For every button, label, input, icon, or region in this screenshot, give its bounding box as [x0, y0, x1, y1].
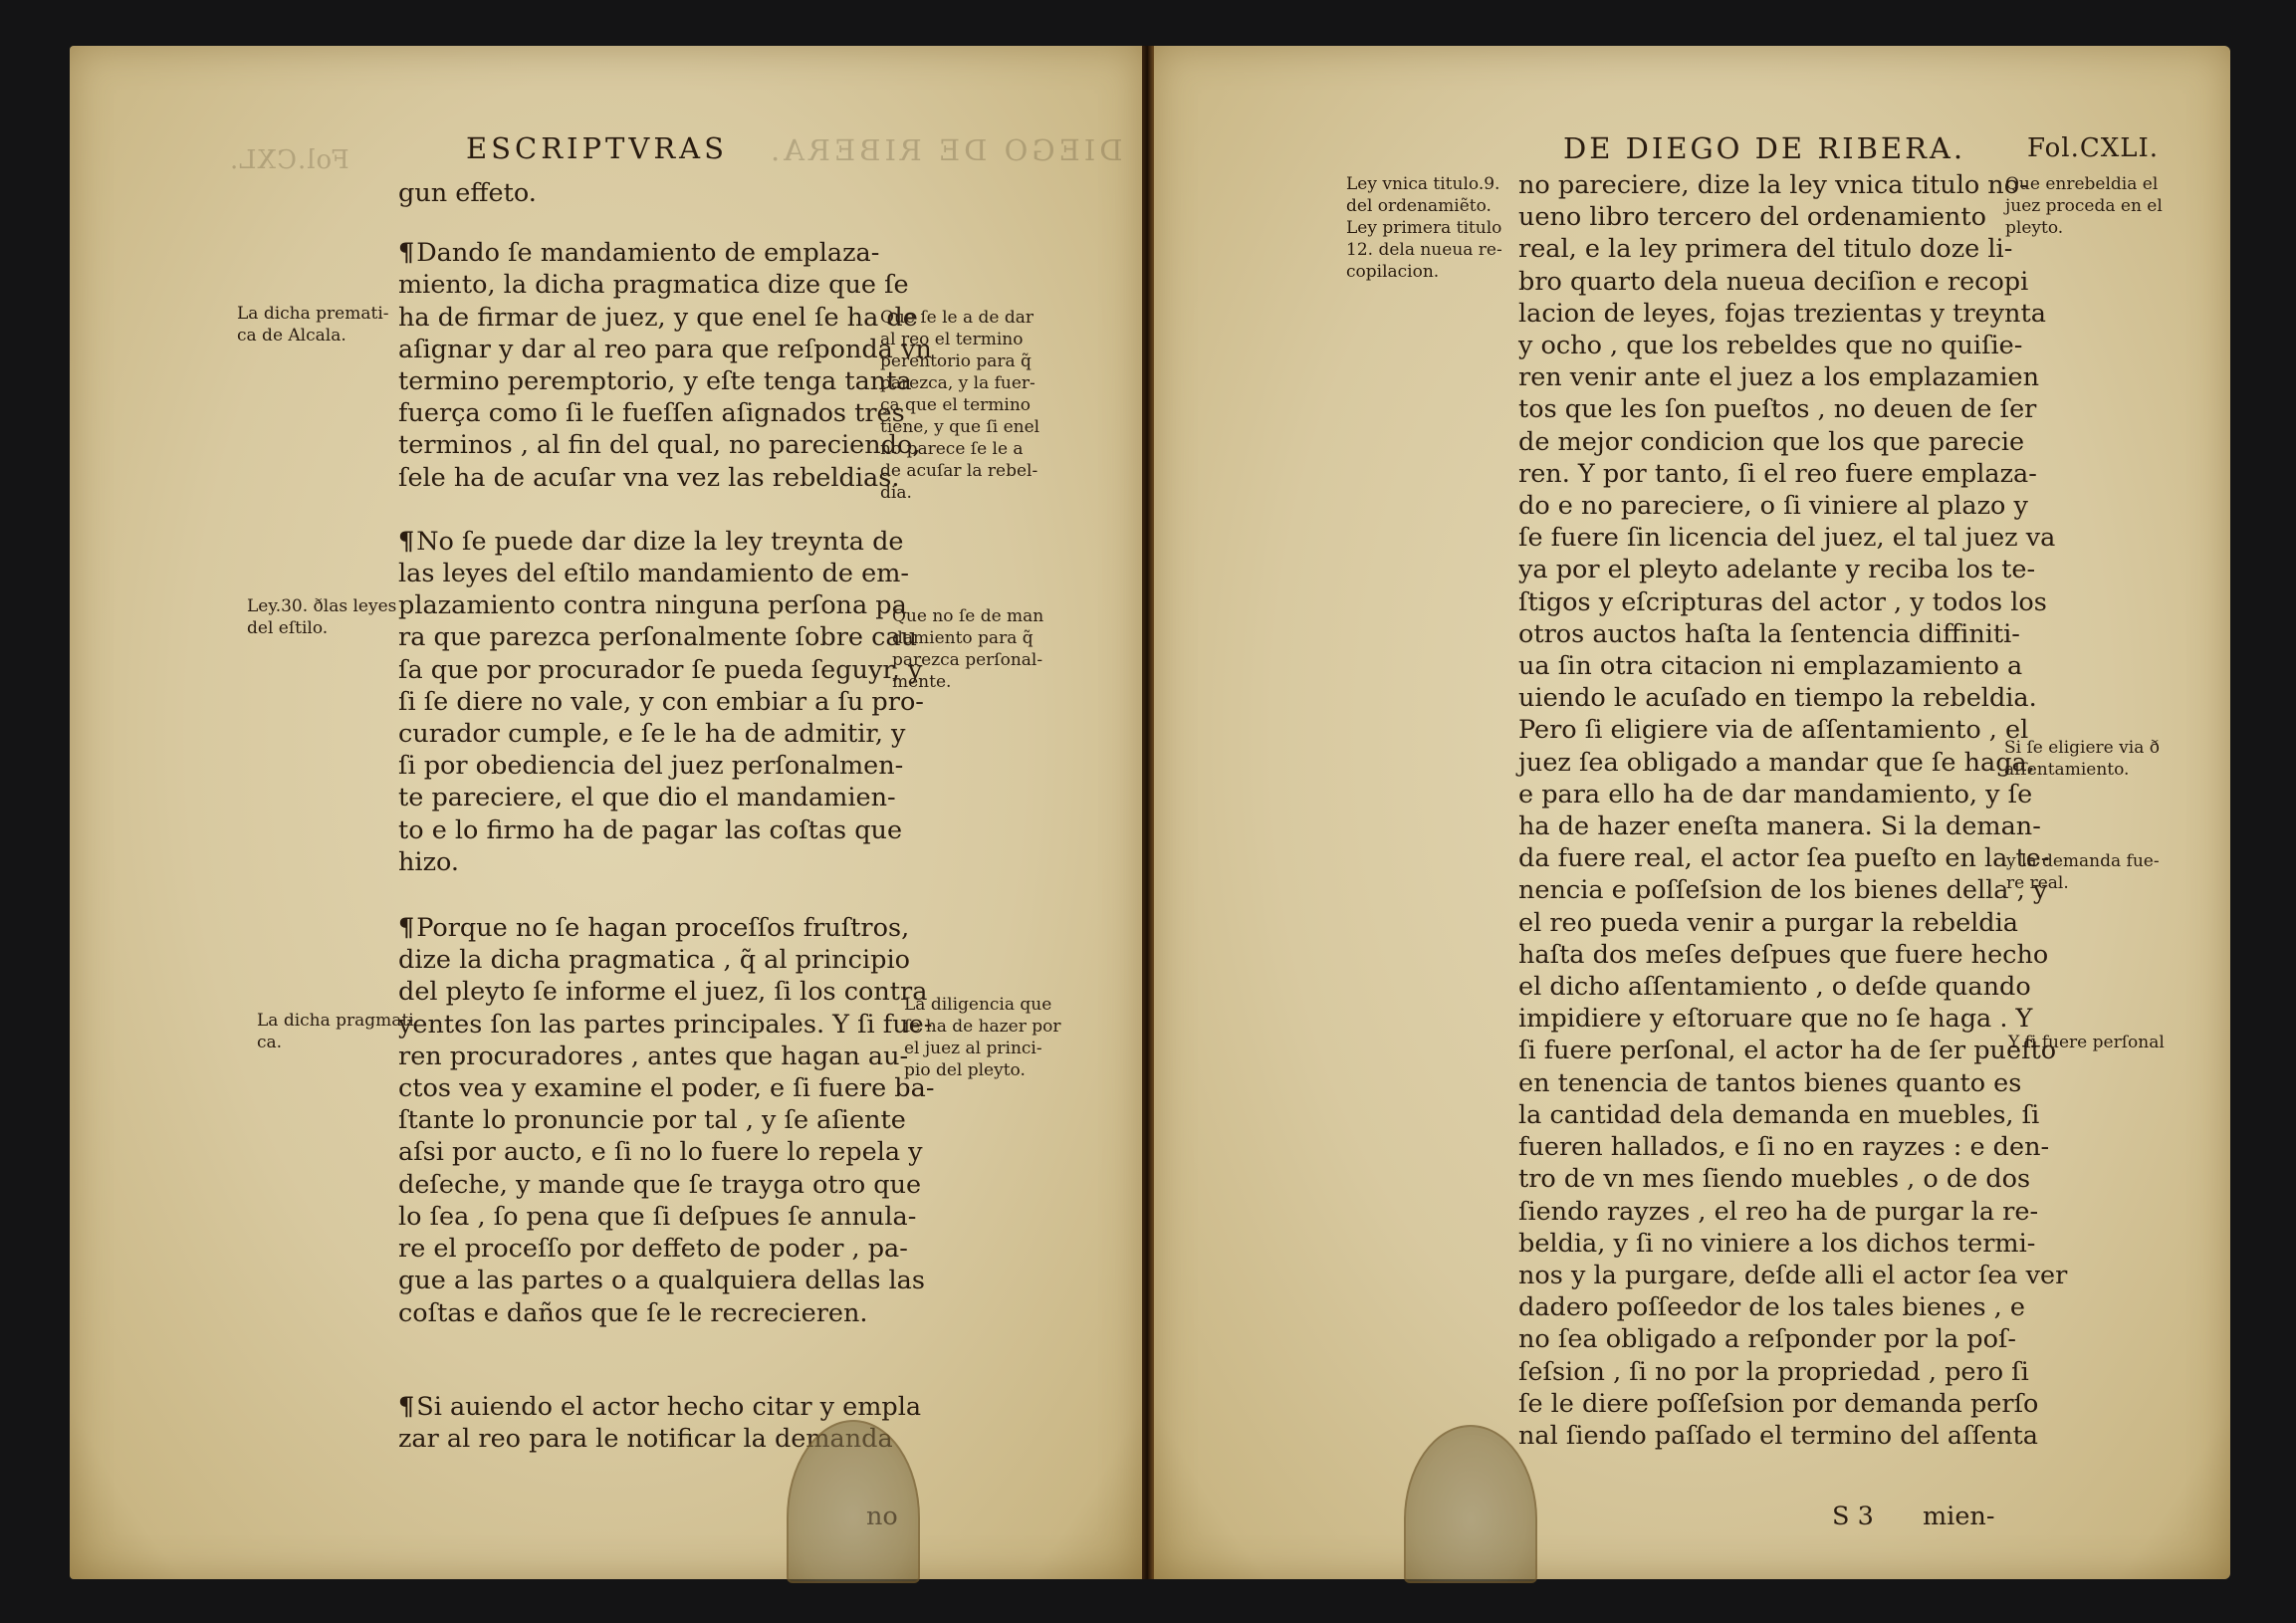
- show-through-folio: Fol.CXL.: [229, 145, 349, 175]
- margin-note: Que no ſe de man damiento para q̃ parezc…: [892, 605, 1043, 693]
- margin-note: Que enrebeldia el juez proceda en el ple…: [2005, 173, 2163, 239]
- pilcrow-icon: ¶: [398, 1392, 414, 1422]
- running-head: DE DIEGO DE RIBERA.: [1563, 131, 1965, 165]
- pilcrow-icon: ¶: [398, 913, 414, 943]
- running-head: ESCRIPTVRAS: [466, 131, 728, 165]
- margin-note: y la demanda fue- re real.: [2006, 850, 2160, 894]
- margin-note: La diligencia que ſe ha de hazer por el …: [904, 994, 1060, 1081]
- margin-note: La dicha pragmati ca.: [257, 1010, 414, 1053]
- paragraph: ¶Porque no ſe hagan proceſſos fruſtros, …: [398, 912, 871, 1329]
- show-through-head: DE DIEGO DE RIBERA.: [767, 133, 1188, 167]
- paragraph: gun effeto.: [398, 177, 871, 209]
- margin-note: La dicha premati- ca de Alcala.: [237, 303, 389, 347]
- pilcrow-icon: ¶: [398, 527, 414, 557]
- book-gutter: [1142, 46, 1154, 1579]
- left-page: Fol.CXL. DE DIEGO DE RIBERA. ESCRIPTVRAS…: [70, 46, 1142, 1579]
- water-stain: [1404, 1425, 1537, 1583]
- margin-note: Y ſi fuere perſonal: [2008, 1032, 2165, 1053]
- margin-note: Si ſe eligiere via ð aſſentamiento.: [2004, 737, 2160, 781]
- paragraph: no pareciere, dize la ley vnica titulo n…: [1518, 169, 1988, 1452]
- margin-note: Que ſe le a de dar al reo el termino per…: [880, 307, 1039, 504]
- right-page: DE DIEGO DE RIBERA. Fol.CXLI. no parecie…: [1154, 46, 2230, 1579]
- paragraph: ¶Si auiendo el actor hecho citar y empla…: [398, 1391, 871, 1455]
- main-text-column: no pareciere, dize la ley vnica titulo n…: [1518, 169, 1988, 1480]
- signature-mark: S 3: [1832, 1502, 1874, 1531]
- margin-note: Ley vnica titulo.9. del ordenamiẽto. Ley…: [1346, 173, 1502, 283]
- pilcrow-icon: ¶: [398, 238, 414, 268]
- paragraph: ¶No ſe puede dar dize la ley treynta de …: [398, 526, 871, 878]
- catchword: mien-: [1923, 1502, 1994, 1531]
- margin-note: Ley.30. ðlas leyes del eſtilo.: [247, 595, 396, 639]
- main-text-column: gun effeto. ¶Dando ſe mandamiento de emp…: [398, 177, 871, 1483]
- book-spread: Fol.CXL. DE DIEGO DE RIBERA. ESCRIPTVRAS…: [70, 46, 2230, 1579]
- folio-number: Fol.CXLI.: [2027, 133, 2159, 163]
- paragraph: ¶Dando ſe mandamiento de emplaza- miento…: [398, 237, 871, 494]
